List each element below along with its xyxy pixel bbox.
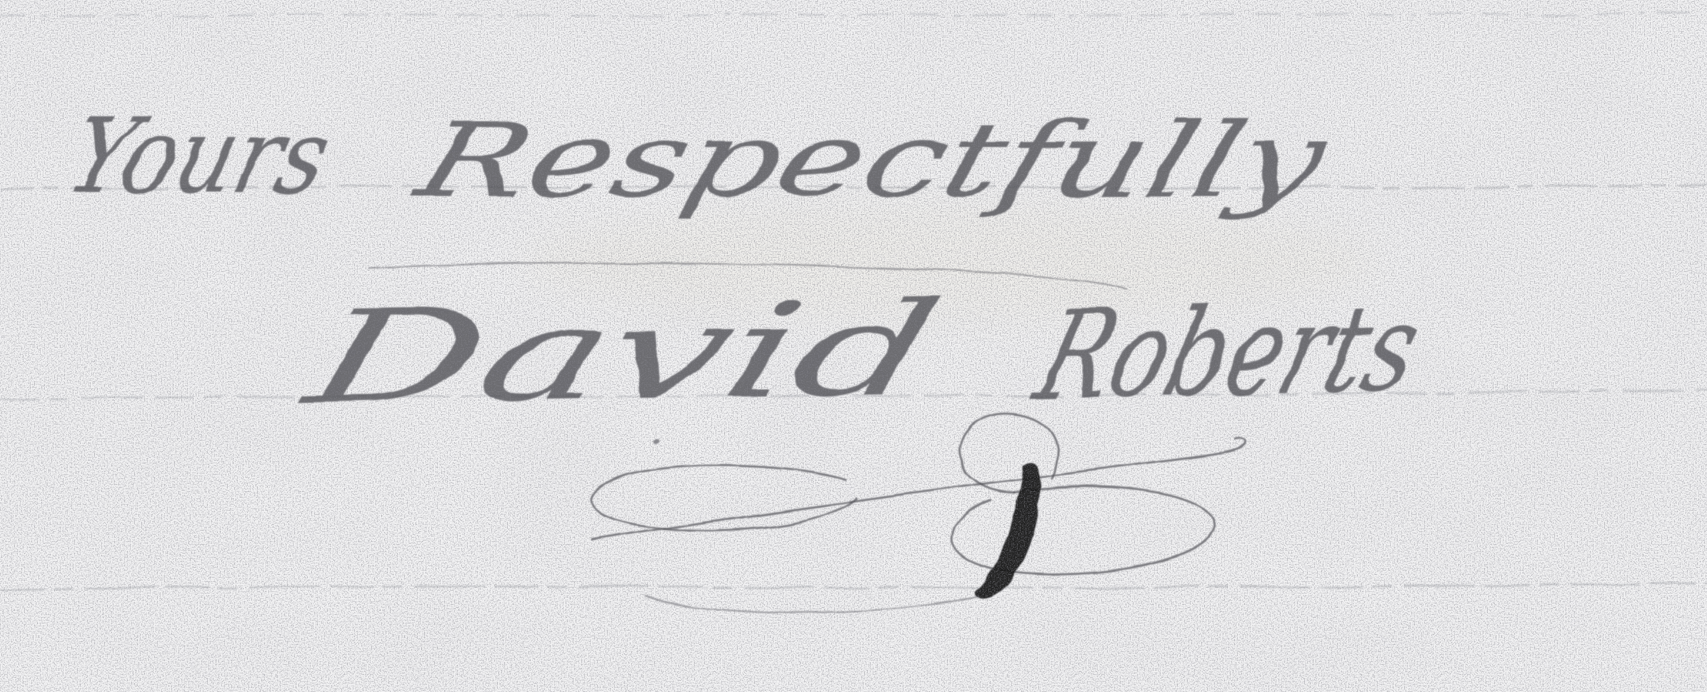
handwritten-signature-scan: Yours Respectfully David Roberts (0, 0, 1707, 692)
scan-grain-texture (0, 0, 1707, 692)
scanned-letter-page: Yours Respectfully David Roberts (0, 0, 1707, 692)
